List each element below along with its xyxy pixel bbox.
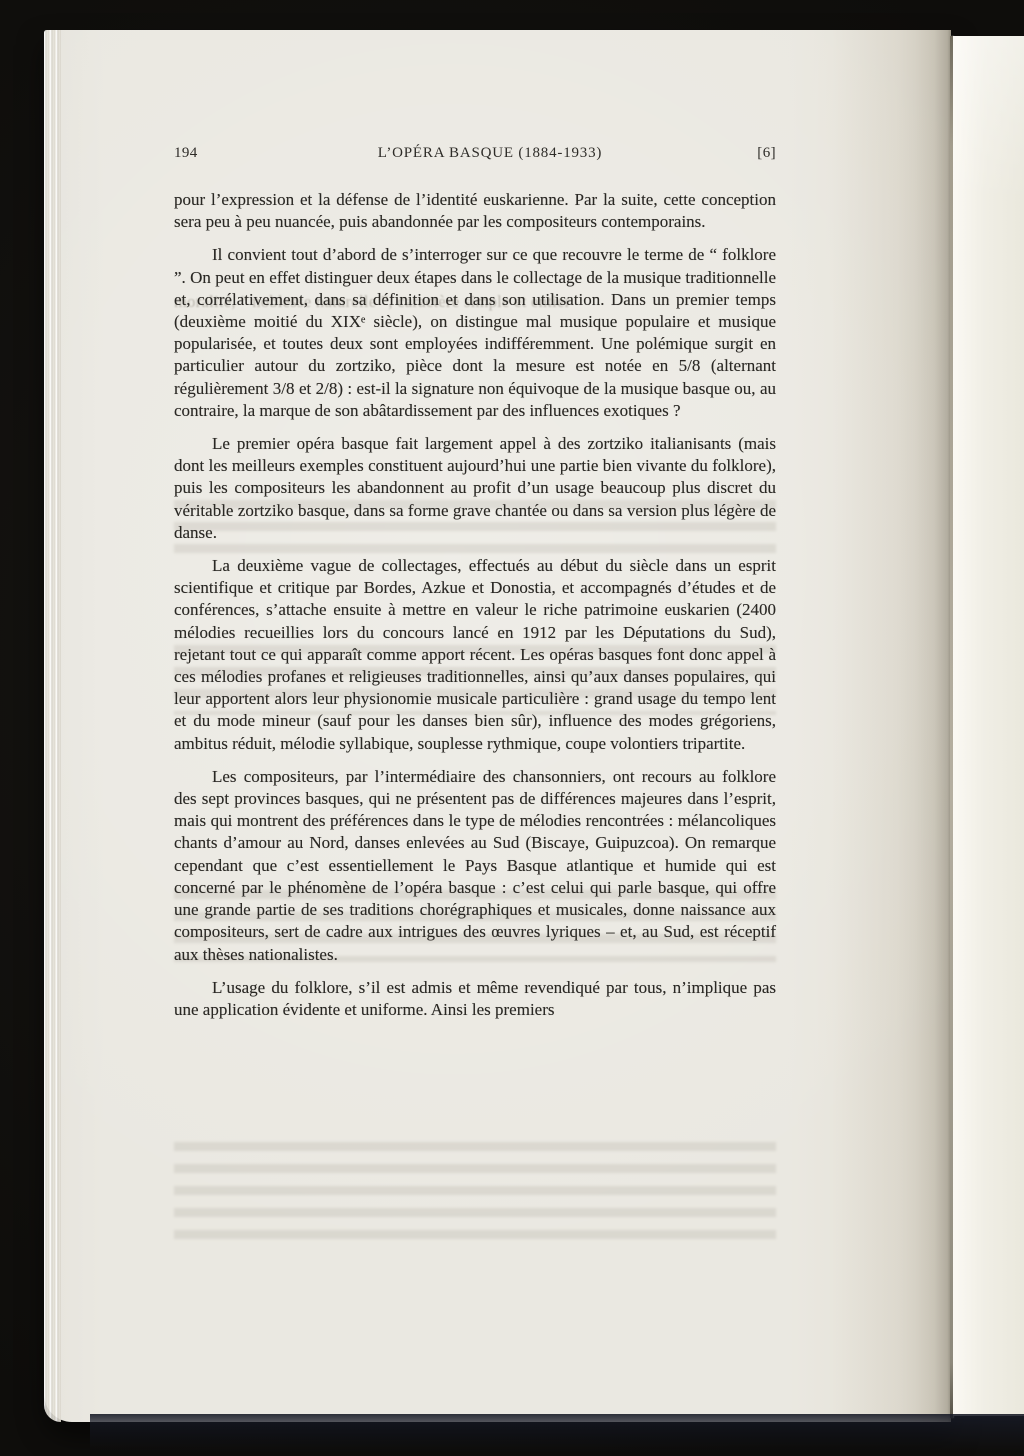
gutter-shadow (831, 30, 951, 1422)
page-edge-stack (44, 30, 61, 1422)
running-title: L’OPÉRA BASQUE (1884-1933) (264, 145, 716, 162)
printed-page-content: 194 L’OPÉRA BASQUE (1884-1933) [6] pour … (174, 145, 776, 1032)
paragraph: Les compositeurs, par l’intermédiaire de… (174, 766, 776, 966)
book-photo: moralité, “ noblesse naturelle ”, caract… (0, 0, 1024, 1456)
paragraph: Le premier opéra basque fait largement a… (174, 433, 776, 544)
page-bottom-shadow (90, 1414, 1024, 1456)
paragraph: Il convient tout d’abord de s’interroger… (174, 244, 776, 422)
facing-page-sliver (953, 36, 1024, 1416)
body-text: pour l’expression et la défense de l’ide… (174, 189, 776, 1021)
section-marker: [6] (716, 145, 776, 162)
paragraph: L’usage du folklore, s’il est admis et m… (174, 977, 776, 1021)
running-head: 194 L’OPÉRA BASQUE (1884-1933) [6] (174, 145, 776, 162)
paragraph: La deuxième vague de collectages, effect… (174, 555, 776, 755)
page-number: 194 (174, 145, 264, 162)
paragraph: pour l’expression et la défense de l’ide… (174, 189, 776, 233)
